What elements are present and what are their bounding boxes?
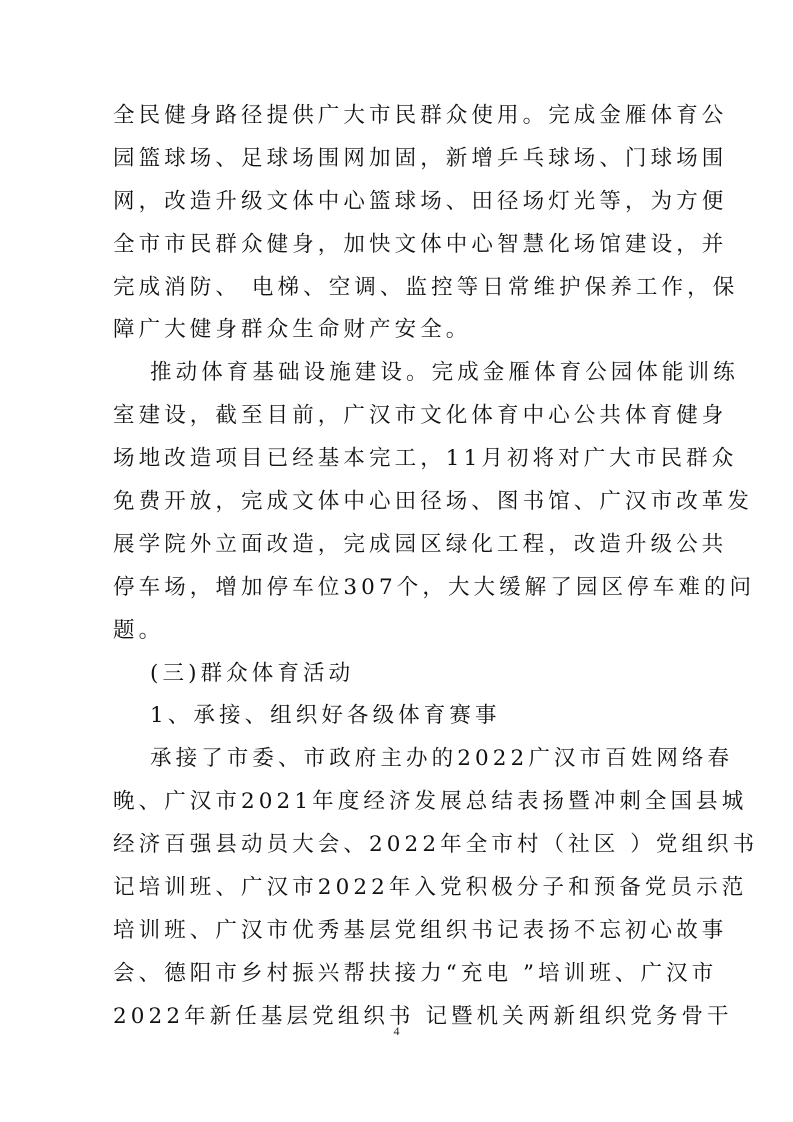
document-page: 全民健身路径提供广大市民群众使用。完成金雁体育公 园篮球场、足球场围网加固，新增… xyxy=(0,0,793,1122)
page-number: 4 xyxy=(0,1024,793,1039)
text-line: 记培训班、广汉市2022年入党积极分子和预备党员示范 xyxy=(113,867,658,910)
text-line: 园篮球场、足球场围网加固，新增乒乓球场、门球场围 xyxy=(113,138,658,181)
text-line: 网，改造升级文体中心篮球场、田径场灯光等，为方便 xyxy=(113,181,658,224)
text-line: 完成消防、 电梯、空调、监控等日常维护保养工作，保 xyxy=(113,267,658,310)
text-line: 培训班、广汉市优秀基层党组织书记表扬不忘初心故事 xyxy=(113,910,658,953)
subsection-heading: 1、承接、组织好各级体育赛事 xyxy=(113,695,658,738)
section-heading: (三)群众体育活动 xyxy=(113,653,658,696)
text-line: 题。 xyxy=(113,610,658,653)
text-line: 室建设，截至目前，广汉市文化体育中心公共体育健身 xyxy=(113,395,658,438)
text-line: 经济百强县动员大会、2022年全市村（社区 ）党组织书 xyxy=(113,824,658,867)
paragraph-first-line: 承接了市委、市政府主办的2022广汉市百姓网络春 xyxy=(113,738,658,781)
text-line: 展学院外立面改造，完成园区绿化工程，改造升级公共 xyxy=(113,524,658,567)
text-line: 障广大健身群众生命财产安全。 xyxy=(113,309,658,352)
text-line: 会、德阳市乡村振兴帮扶接力“充电 ”培训班、广汉市 xyxy=(113,953,658,996)
text-line: 免费开放，完成文体中心田径场、图书馆、广汉市改革发 xyxy=(113,481,658,524)
text-line: 全民健身路径提供广大市民群众使用。完成金雁体育公 xyxy=(113,95,658,138)
text-line: 停车场，增加停车位307个，大大缓解了园区停车难的问 xyxy=(113,567,658,610)
text-line: 全市市民群众健身，加快文体中心智慧化场馆建设，并 xyxy=(113,224,658,267)
text-line: 场地改造项目已经基本完工，11月初将对广大市民群众 xyxy=(113,438,658,481)
text-line: 晚、广汉市2021年度经济发展总结表扬暨冲刺全国县城 xyxy=(113,781,658,824)
document-body: 全民健身路径提供广大市民群众使用。完成金雁体育公 园篮球场、足球场围网加固，新增… xyxy=(113,95,658,1039)
paragraph-first-line: 推动体育基础设施建设。完成金雁体育公园体能训练 xyxy=(113,352,658,395)
